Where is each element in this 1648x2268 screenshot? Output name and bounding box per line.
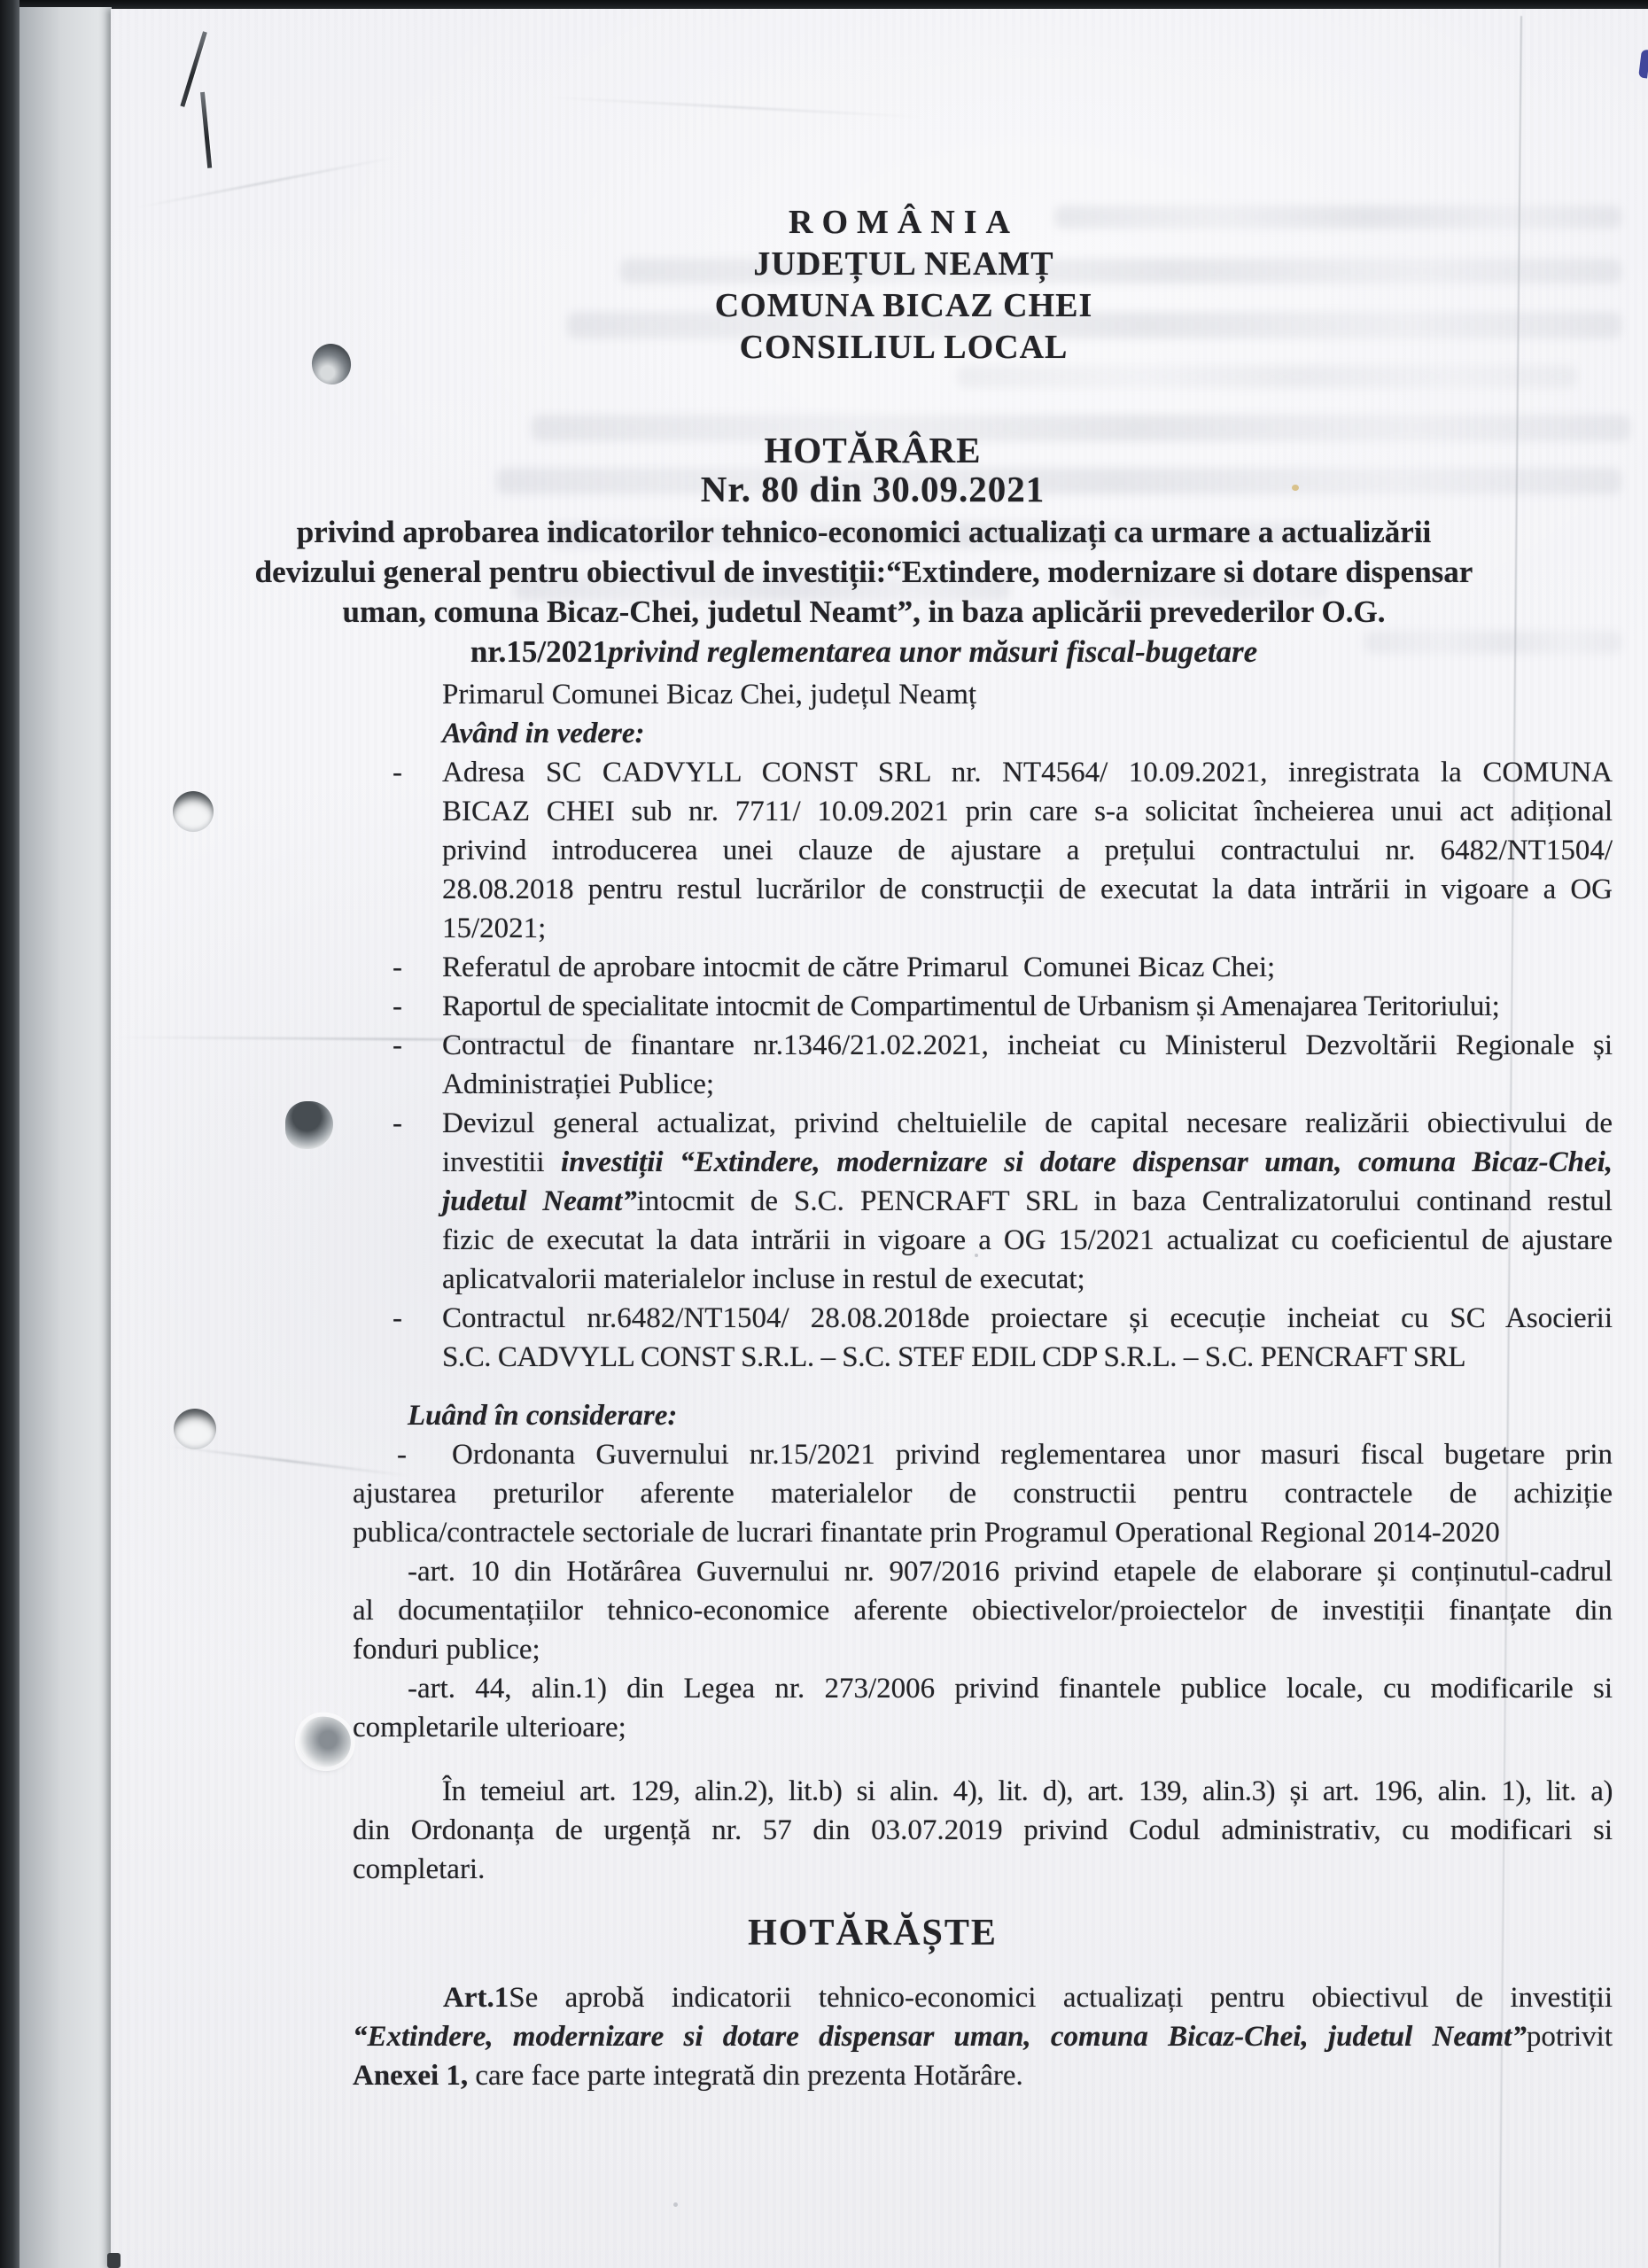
bullet-dash: - (393, 1026, 402, 1065)
decision-body: Primarul Comunei Bicaz Chei, județul Nea… (353, 675, 1613, 1889)
list-item-line: 28.08.2018 pentru restul lucrărilor de c… (353, 870, 1613, 909)
backing-page-strip (19, 7, 112, 2268)
commune-name: COMUNA BICAZ CHEI (549, 285, 1258, 327)
list-item-line: BICAZ CHEI sub nr. 7711/ 10.09.2021 prin… (353, 792, 1613, 831)
bullet-dash: - (393, 753, 402, 792)
article-1: Art.1Se aprobă indicatorii tehnico-econo… (353, 1978, 1613, 2095)
list-item-line: -Adresa SC CADVYLL CONST SRL nr. NT4564/… (353, 753, 1613, 792)
bullet-dash: - (393, 1299, 402, 1338)
article-line: Anexei 1, care face parte integrată din … (353, 2056, 1613, 2095)
list-item-line: -Contractul nr.6482/NT1504/ 28.08.2018de… (353, 1299, 1613, 1338)
list-item-line: -Referatul de aprobare intocmit de către… (353, 948, 1613, 987)
article-line: Art.1Se aprobă indicatorii tehnico-econo… (353, 1978, 1613, 2017)
list-item-line: Administrației Publice; (353, 1065, 1613, 1104)
decision-subject: privind aprobarea indicatorilor tehnico-… (146, 512, 1582, 672)
legal-basis-line: completari. (353, 1850, 1613, 1889)
paragraph-line: publica/contractele sectoriale de lucrar… (353, 1513, 1613, 1552)
paragraph-line: fonduri publice; (353, 1630, 1613, 1669)
list-item-line: privind introducerea unei clauze de ajus… (353, 831, 1613, 870)
article-line: “Extindere, modernizare si dotare dispen… (353, 2017, 1613, 2056)
list-item-line: 15/2021; (353, 909, 1613, 948)
subject-line: devizului general pentru obiectivul de i… (146, 552, 1582, 592)
paper-tear (107, 2253, 120, 2268)
having-regard-heading: Având in vedere: (353, 714, 1613, 753)
subject-line: uman, comuna Bicaz-Chei, judetul Neamt”,… (146, 592, 1582, 632)
list-item-line: aplicatvalorii materialelor incluse in r… (353, 1260, 1613, 1299)
paragraph-line: -Ordonanta Guvernului nr.15/2021 privind… (353, 1435, 1613, 1474)
scanner-edge-left (0, 0, 19, 2268)
issuer-line: Primarul Comunei Bicaz Chei, județul Nea… (353, 675, 1613, 714)
bullet-dash: - (393, 1104, 402, 1143)
council-name: CONSILIUL LOCAL (549, 327, 1258, 369)
paper-speck (673, 2202, 678, 2207)
paragraph-line: -art. 44, alin.1) din Legea nr. 273/2006… (353, 1669, 1613, 1708)
letterhead: ROMÂNIA JUDEȚUL NEAMȚ COMUNA BICAZ CHEI … (549, 202, 1258, 369)
considering-heading: Luând în considerare: (353, 1396, 1613, 1435)
list-item-line: -Devizul general actualizat, privind che… (353, 1104, 1613, 1143)
punch-hole (174, 1409, 216, 1449)
paragraph-line: ajustarea preturilor aferente materialel… (353, 1474, 1613, 1513)
paragraph-line: -art. 10 din Hotărârea Guvernului nr. 90… (353, 1552, 1613, 1591)
list-item-line: S.C. CADVYLL CONST S.R.L. – S.C. STEF ED… (353, 1338, 1613, 1377)
decides-heading: HOTĂRĂȘTE (341, 1912, 1404, 1954)
country-name: ROMÂNIA (549, 202, 1258, 244)
decision-heading: HOTĂRÂRE Nr. 80 din 30.09.2021 (341, 431, 1404, 509)
paragraph-line: al documentațiilor tehnico-economice afe… (353, 1591, 1613, 1630)
list-item-line: -Contractul de finantare nr.1346/21.02.2… (353, 1026, 1613, 1065)
subject-line: nr.15/2021privind reglementarea unor măs… (146, 632, 1582, 672)
list-item-line: investitii investiții “Extindere, modern… (353, 1143, 1613, 1182)
scanned-document: ROMÂNIA JUDEȚUL NEAMȚ COMUNA BICAZ CHEI … (0, 0, 1648, 2268)
bullet-dash: - (393, 987, 402, 1026)
paragraph-line: completarile ulterioare; (353, 1708, 1613, 1747)
decision-title: HOTĂRÂRE (341, 431, 1404, 470)
legal-basis-line: În temeiul art. 129, alin.2), lit.b) si … (353, 1772, 1613, 1811)
county-name: JUDEȚUL NEAMȚ (549, 244, 1258, 285)
punch-hole (173, 791, 214, 832)
decision-number: Nr. 80 din 30.09.2021 (341, 470, 1404, 509)
legal-basis-line: din Ordonanța de urgență nr. 57 din 03.0… (353, 1811, 1613, 1850)
list-item-line: fizic de executat la data intrării in vi… (353, 1221, 1613, 1260)
list-item-line: -Raportul de specialitate intocmit de Co… (353, 987, 1613, 1026)
bullet-dash: - (397, 1435, 407, 1474)
list-item-line: judetul Neamt”intocmit de S.C. PENCRAFT … (353, 1182, 1613, 1221)
subject-line: privind aprobarea indicatorilor tehnico-… (146, 512, 1582, 552)
bullet-dash: - (393, 948, 402, 987)
